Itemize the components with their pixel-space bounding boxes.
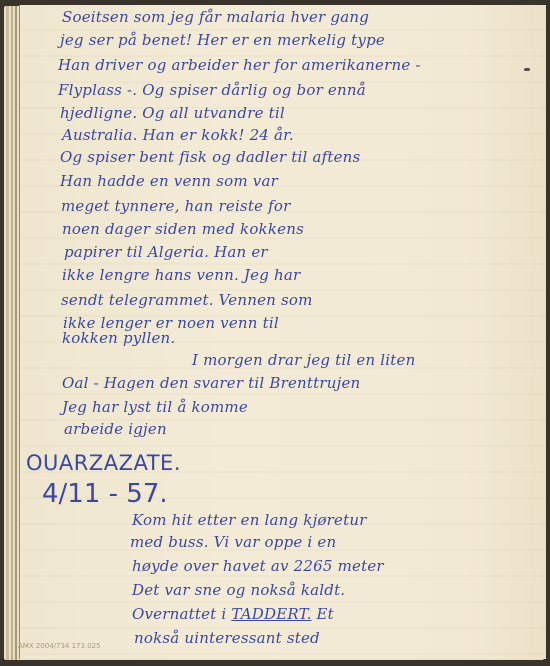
archive-id-stamp: AMX 2004/734 173.025 [18, 642, 101, 650]
handwritten-line: I morgen drar jeg til en liten [192, 351, 415, 369]
page-edge [11, 6, 13, 660]
handwritten-line: Australia. Han er kokk! 24 år. [62, 126, 294, 144]
handwritten-line: kokken pyllen. [62, 329, 175, 347]
handwritten-line: Kom hit etter en lang kjøretur [132, 511, 367, 529]
handwritten-line: nokså uinteressant sted [134, 629, 320, 647]
handwritten-line: ikke lengre hans venn. Jeg har [62, 266, 300, 284]
handwritten-line: hjedligne. Og all utvandre til [60, 104, 285, 122]
line-suffix: Et [312, 605, 334, 623]
handwritten-line: med buss. Vi var oppe i en [130, 533, 336, 551]
handwritten-line: Det var sne og nokså kaldt. [132, 581, 345, 599]
entry-date: 4/11 - 57. [42, 479, 168, 509]
handwritten-line: Han hadde en venn som var [60, 172, 278, 190]
handwritten-line: arbeide igjen [64, 420, 167, 438]
scan-background: Soeitsen som jeg får malaria hver gang j… [0, 0, 550, 666]
handwritten-line: høyde over havet av 2265 meter [132, 557, 384, 575]
diary-page: Soeitsen som jeg får malaria hver gang j… [19, 5, 546, 659]
underlined-place: TADDERT. [231, 605, 311, 623]
handwritten-line: Flyplass -. Og spiser dårlig og bor ennå [58, 81, 366, 99]
handwritten-line: Soeitsen som jeg får malaria hver gang [62, 8, 369, 26]
handwritten-line: Jeg har lyst til å komme [62, 398, 248, 416]
handwritten-line: jeg ser på benet! Her er en merkelig typ… [60, 31, 385, 49]
handwritten-line: papirer til Algeria. Han er [64, 243, 268, 261]
handwritten-line: Overnattet i TADDERT. Et [132, 605, 334, 623]
handwritten-line: Han driver og arbeider her for amerikane… [58, 56, 421, 74]
handwritten-line: Og spiser bent fisk og dadler til aftens [60, 148, 360, 166]
handwritten-line: sendt telegrammet. Vennen som [61, 291, 313, 309]
place-heading: OUARZAZATE. [26, 451, 181, 475]
line-prefix: Overnattet i [132, 605, 231, 623]
handwritten-line: noen dager siden med kokkens [62, 220, 304, 238]
page-edge [6, 6, 9, 660]
page-edge [15, 6, 17, 660]
handwritten-line: Oal - Hagen den svarer til Brenttrujen [62, 374, 360, 392]
handwritten-line: meget tynnere, han reiste for [61, 197, 290, 215]
ink-spot [524, 68, 530, 71]
